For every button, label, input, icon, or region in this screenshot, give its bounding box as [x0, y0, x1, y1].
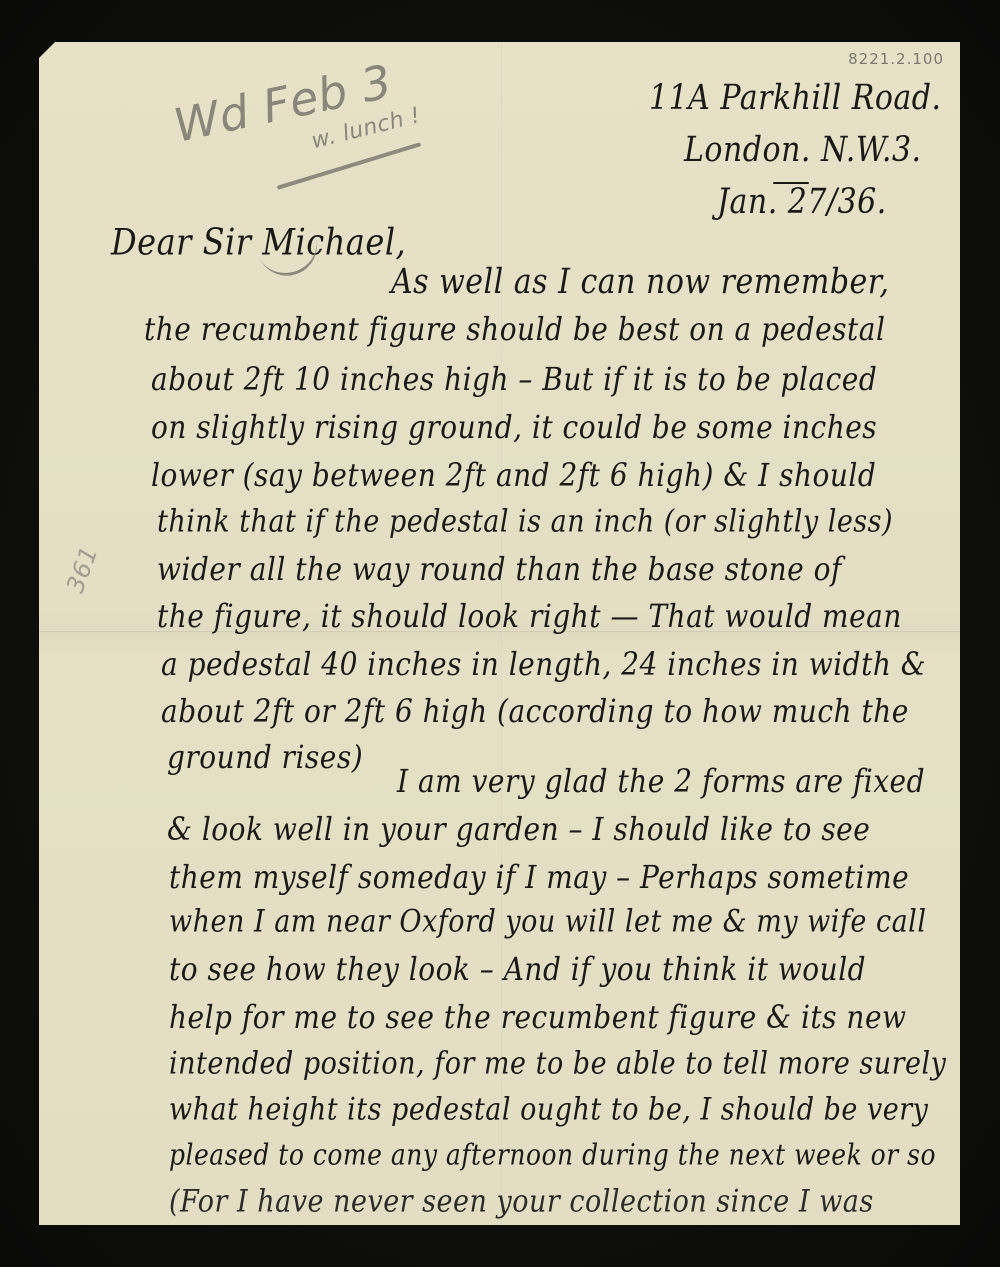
- body-line: wider all the way round than the base st…: [157, 550, 842, 588]
- body-line: to see how they look – And if you think …: [169, 950, 866, 988]
- pencil-underline-stroke: [277, 142, 422, 190]
- body-line: the recumbent figure should be best on a…: [144, 310, 885, 348]
- letter-date: Jan. 27/36.: [717, 182, 887, 222]
- body-line: on slightly rising ground, it could be s…: [151, 408, 877, 446]
- body-line: & look well in your garden – I should li…: [167, 810, 870, 848]
- body-line: about 2ft or 2ft 6 high (according to ho…: [161, 692, 909, 730]
- address-line-2: London. N.W.3.: [684, 130, 922, 170]
- body-line: help for me to see the recumbent figure …: [169, 998, 907, 1036]
- body-line: ground rises): [167, 738, 363, 776]
- body-line: the figure, it should look right — That …: [157, 597, 902, 635]
- address-line-1: 11A Parkhill Road.: [649, 78, 942, 118]
- body-line: when I am near Oxford you will let me & …: [169, 904, 926, 940]
- body-line: (For I have never seen your collection s…: [169, 1184, 874, 1220]
- body-line: intended position, for me to be able to …: [169, 1046, 946, 1082]
- body-line: lower (say between 2ft and 2ft 6 high) &…: [151, 456, 876, 494]
- body-line: pleased to come any afternoon during the…: [169, 1138, 936, 1171]
- body-line: what height its pedestal ought to be, I …: [169, 1092, 928, 1128]
- body-line: I am very glad the 2 forms are fixed: [397, 762, 925, 800]
- body-line: think that if the pedestal is an inch (o…: [157, 504, 893, 540]
- body-line: a pedestal 40 inches in length, 24 inche…: [161, 645, 926, 683]
- body-line: about 2ft 10 inches high – But if it is …: [151, 360, 877, 398]
- letter-sheet: 8221.2.100 Wd Feb 3 w. lunch ! 361 11A P…: [39, 42, 960, 1225]
- body-line: them myself someday if I may – Perhaps s…: [169, 858, 909, 896]
- pencil-margin-number: 361: [61, 543, 103, 597]
- body-line: As well as I can now remember,: [391, 262, 889, 302]
- archive-reference-number: 8221.2.100: [848, 50, 944, 68]
